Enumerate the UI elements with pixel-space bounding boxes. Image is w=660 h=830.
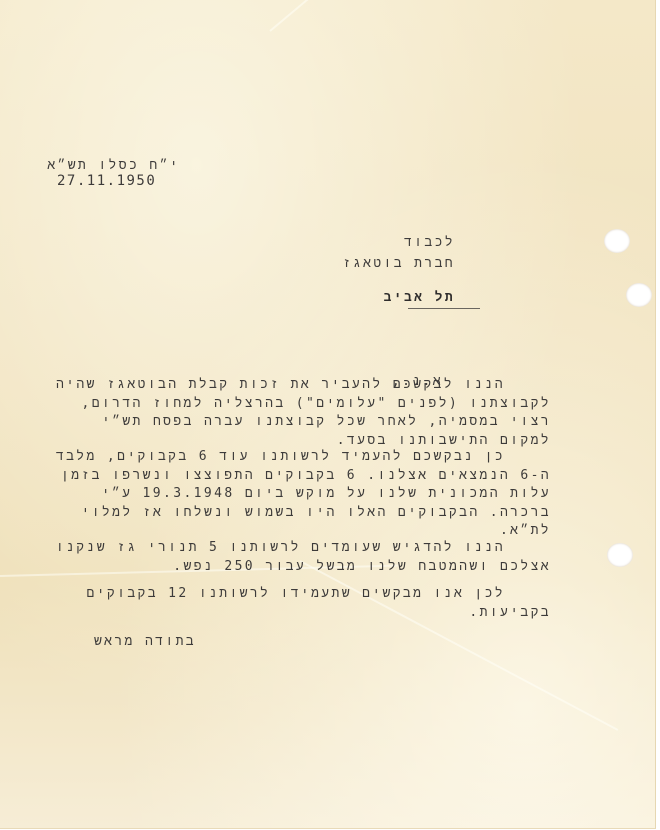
- paragraph-line: כן נבקשכם להעמיד לרשותנו עוד 6 בקבוקים, …: [31, 448, 551, 467]
- paragraph-line: לת״א.: [31, 522, 551, 541]
- paragraph-3: הננו להדגיש שעומדים לרשותנו 5 תנורי גז ש…: [31, 539, 551, 576]
- paragraph-2: כן נבקשכם להעמיד לרשותנו עוד 6 בקבוקים, …: [31, 448, 551, 541]
- paragraph-line: רצוי במסמיה, לאחר שכל קבוצתנו עברה בפסח …: [31, 413, 551, 432]
- hebrew-date: י״ח כסלו תש״א: [40, 157, 180, 174]
- paragraph-line: לקבוצתנו (לפנים "עלומים") בהרצליה למחוז …: [31, 395, 551, 414]
- recipient-honorific: לכבוד: [235, 234, 455, 251]
- paragraph-line: עלות המכונית שלנו על מוקש ביום 19.3.1948…: [31, 485, 551, 504]
- paragraph-line: ה-6 הנמצאים אצלנו. 6 בקבוקים התפוצצו ונש…: [31, 467, 551, 486]
- letter-paper: י״ח כסלו תש״א 27.11.1950 לכבוד חברת בוטא…: [0, 0, 656, 829]
- paragraph-1: הננו לבקשכם להעביר את זכות קבלת הבוטאגז …: [31, 376, 551, 450]
- punch-hole: [604, 229, 630, 253]
- paragraph-line: הננו לבקשכם להעביר את זכות קבלת הבוטאגז …: [31, 376, 551, 395]
- recipient-city: תל אביב: [235, 289, 455, 306]
- city-underline: [408, 308, 480, 309]
- paragraph-4: לכן אנו מבקשים שתעמידו לרשותנו 12 בקבוקי…: [31, 585, 551, 622]
- paragraph-line: אצלכם ושהמטבח שלנו מבשל עבור 250 נפש.: [31, 558, 551, 577]
- closing: בתודה מראש: [86, 633, 196, 650]
- punch-hole: [607, 543, 633, 567]
- punch-hole: [626, 283, 652, 307]
- recipient-name: חברת בוטאגז: [235, 255, 455, 272]
- paper-crease: [269, 0, 316, 32]
- paragraph-line: לכן אנו מבקשים שתעמידו לרשותנו 12 בקבוקי…: [31, 585, 551, 604]
- paragraph-line: ברכרה. הבקבוקים האלו היו בשמוש ונשלחו אז…: [31, 504, 551, 523]
- gregorian-date: 27.11.1950: [57, 173, 156, 190]
- paragraph-line: בקביעות.: [31, 604, 551, 623]
- paragraph-line: הננו להדגיש שעומדים לרשותנו 5 תנורי גז ש…: [31, 539, 551, 558]
